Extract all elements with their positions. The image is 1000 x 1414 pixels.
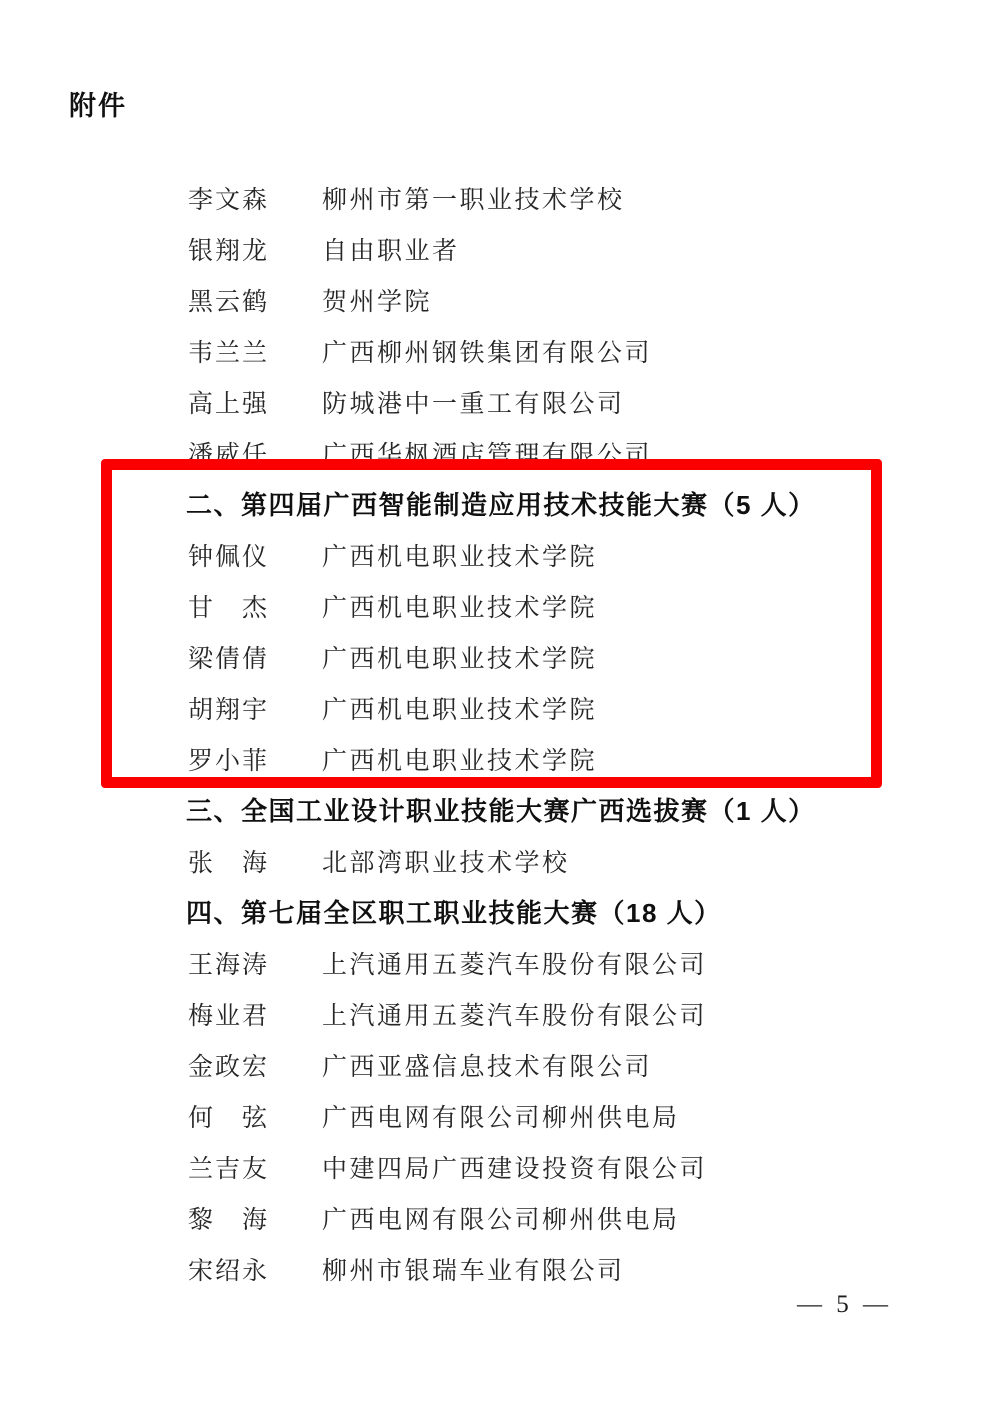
table-row: 何 弦 广西电网有限公司柳州供电局 [188, 1090, 960, 1141]
person-organization: 防城港中一重工有限公司 [322, 384, 625, 420]
person-organization: 柳州市第一职业技术学校 [322, 180, 625, 216]
person-name: 李文森 [188, 180, 322, 216]
person-name: 黎 海 [188, 1200, 322, 1236]
person-organization: 中建四局广西建设投资有限公司 [322, 1149, 707, 1185]
person-organization: 上汽通用五菱汽车股份有限公司 [322, 945, 707, 981]
person-organization: 广西机电职业技术学院 [322, 537, 597, 573]
person-organization: 贺州学院 [322, 282, 432, 318]
person-organization: 北部湾职业技术学校 [322, 843, 570, 879]
person-name: 何 弦 [188, 1098, 322, 1134]
attachment-label: 附件 [69, 84, 127, 123]
person-organization: 广西华枫酒店管理有限公司 [322, 435, 652, 471]
table-row: 甘 杰 广西机电职业技术学院 [188, 580, 960, 631]
person-name: 金政宏 [188, 1047, 322, 1083]
person-name: 钟佩仪 [188, 537, 322, 573]
recipient-list: 李文森 柳州市第一职业技术学校 银翔龙 自由职业者 黑云鹤 贺州学院 韦兰兰 广… [188, 172, 960, 1294]
table-row: 银翔龙 自由职业者 [188, 223, 960, 274]
person-name: 罗小菲 [188, 741, 322, 777]
page-number: — 5 — [797, 1291, 892, 1319]
table-row: 宋绍永 柳州市银瑞车业有限公司 [188, 1243, 960, 1294]
person-name: 高上强 [188, 384, 322, 420]
person-name: 韦兰兰 [188, 333, 322, 369]
person-name: 兰吉友 [188, 1149, 322, 1185]
person-organization: 广西电网有限公司柳州供电局 [322, 1098, 680, 1134]
table-row: 钟佩仪 广西机电职业技术学院 [188, 529, 960, 580]
person-organization: 广西机电职业技术学院 [322, 588, 597, 624]
person-organization: 广西机电职业技术学院 [322, 690, 597, 726]
person-organization: 广西机电职业技术学院 [322, 639, 597, 675]
table-row: 梁倩倩 广西机电职业技术学院 [188, 631, 960, 682]
table-row: 梅业君 上汽通用五菱汽车股份有限公司 [188, 988, 960, 1039]
person-name: 王海涛 [188, 945, 322, 981]
person-name: 银翔龙 [188, 231, 322, 267]
table-row: 兰吉友 中建四局广西建设投资有限公司 [188, 1141, 960, 1192]
document-page: 附件 李文森 柳州市第一职业技术学校 银翔龙 自由职业者 黑云鹤 贺州学院 韦兰… [0, 0, 1000, 1414]
person-organization: 广西柳州钢铁集团有限公司 [322, 333, 652, 369]
section-heading: 三、全国工业设计职业技能大赛广西选拔赛（1 人） [186, 784, 960, 835]
person-name: 梁倩倩 [188, 639, 322, 675]
person-name: 胡翔宇 [188, 690, 322, 726]
table-row: 金政宏 广西亚盛信息技术有限公司 [188, 1039, 960, 1090]
person-name: 宋绍永 [188, 1251, 322, 1287]
person-name: 张 海 [188, 843, 322, 879]
person-organization: 广西电网有限公司柳州供电局 [322, 1200, 680, 1236]
person-organization: 柳州市银瑞车业有限公司 [322, 1251, 625, 1287]
table-row: 潘威任 广西华枫酒店管理有限公司 [188, 427, 960, 478]
person-organization: 上汽通用五菱汽车股份有限公司 [322, 996, 707, 1032]
person-name: 潘威任 [188, 435, 322, 471]
person-organization: 广西亚盛信息技术有限公司 [322, 1047, 652, 1083]
table-row: 高上强 防城港中一重工有限公司 [188, 376, 960, 427]
person-name: 黑云鹤 [188, 282, 322, 318]
table-row: 李文森 柳州市第一职业技术学校 [188, 172, 960, 223]
person-organization: 自由职业者 [322, 231, 460, 267]
person-organization: 广西机电职业技术学院 [322, 741, 597, 777]
person-name: 梅业君 [188, 996, 322, 1032]
table-row: 王海涛 上汽通用五菱汽车股份有限公司 [188, 937, 960, 988]
table-row: 韦兰兰 广西柳州钢铁集团有限公司 [188, 325, 960, 376]
table-row: 黑云鹤 贺州学院 [188, 274, 960, 325]
table-row: 张 海 北部湾职业技术学校 [188, 835, 960, 886]
section-heading: 二、第四届广西智能制造应用技术技能大赛（5 人） [186, 478, 960, 529]
person-name: 甘 杰 [188, 588, 322, 624]
table-row: 黎 海 广西电网有限公司柳州供电局 [188, 1192, 960, 1243]
table-row: 胡翔宇 广西机电职业技术学院 [188, 682, 960, 733]
section-heading: 四、第七届全区职工职业技能大赛（18 人） [186, 886, 960, 937]
table-row: 罗小菲 广西机电职业技术学院 [188, 733, 960, 784]
